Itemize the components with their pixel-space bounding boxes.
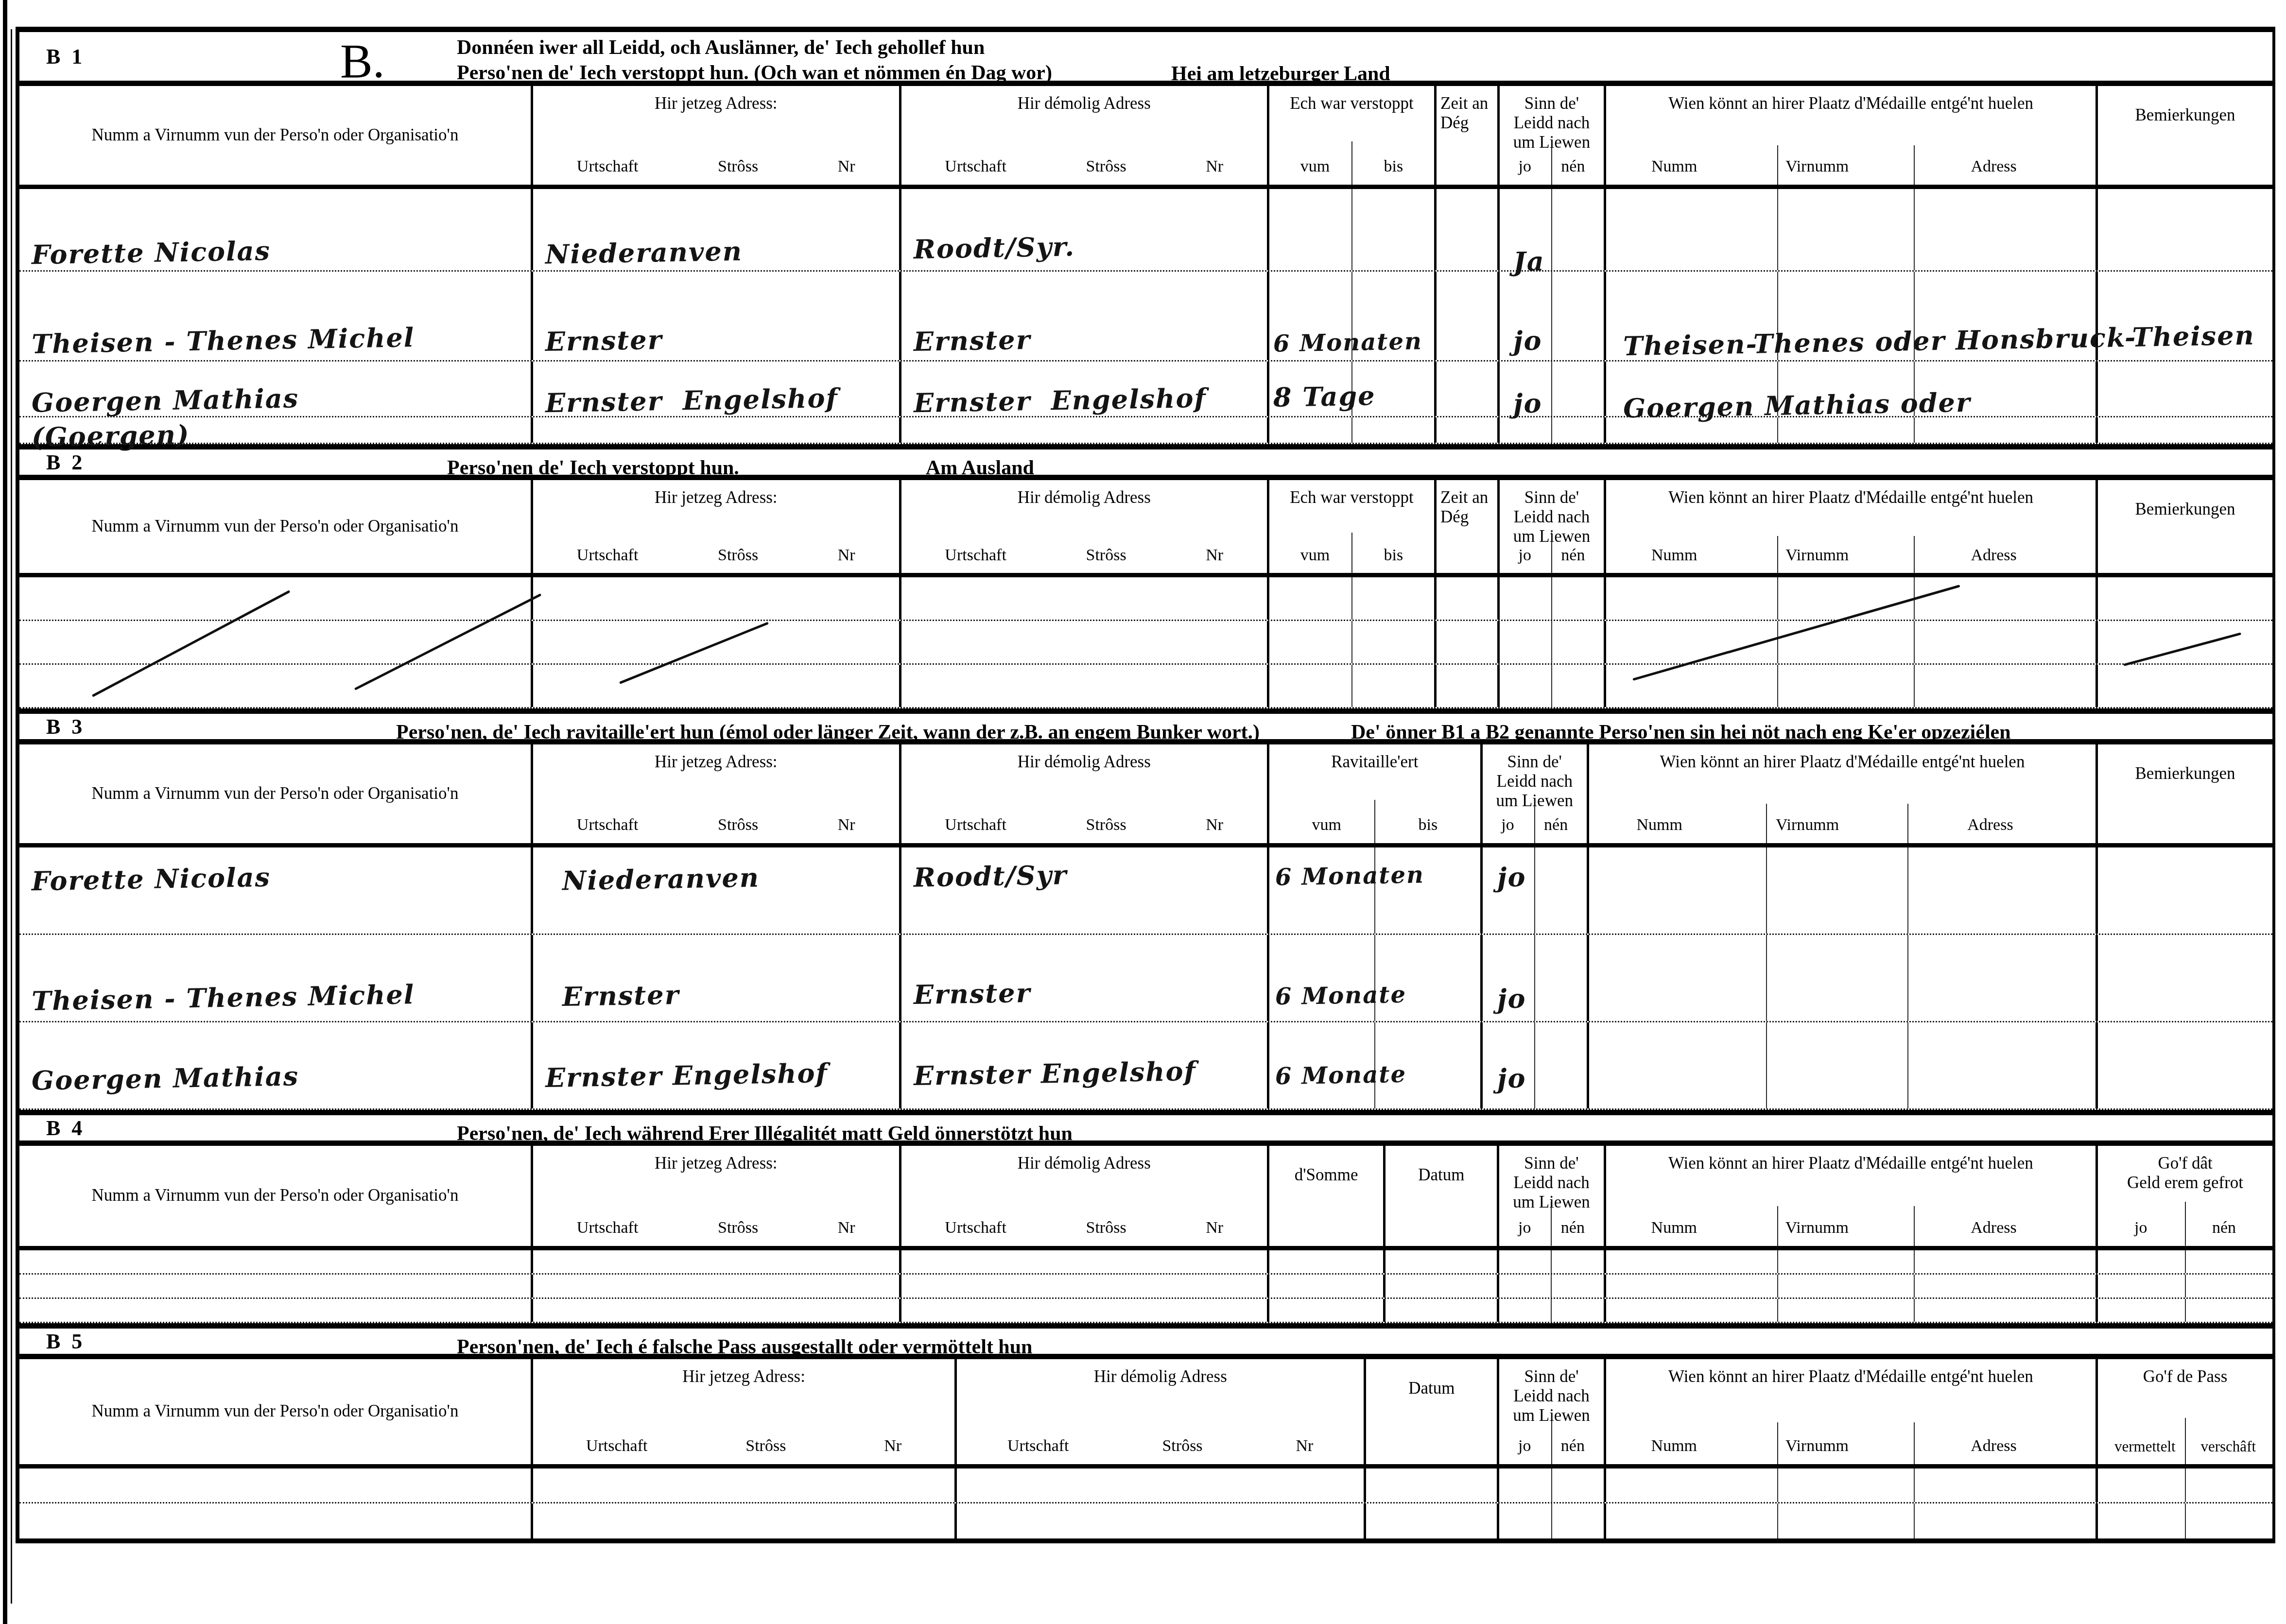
sub-nr: Nr [838, 816, 855, 834]
cell-bemierkungen [2098, 621, 2272, 663]
sub-stross: Strôss [1086, 157, 1126, 176]
sub-vum: vum [1300, 157, 1330, 176]
cell-numm [19, 1469, 533, 1502]
handwritten-entry: Forette Nicolas [31, 862, 271, 897]
cell-bemierkungen [2098, 847, 2272, 933]
header-cell-datum: Datum [1385, 1146, 1499, 1246]
binding-edge-line-thin [11, 29, 12, 1604]
handwritten-entry: Ernster Engelshof [545, 1057, 828, 1093]
sub-jo: jo [1501, 816, 1514, 834]
section-title-note: Am Ausland [926, 456, 1034, 480]
column-label: Go'f de Pass [2102, 1367, 2269, 1386]
cell-jetzeg: Ernster [533, 272, 901, 360]
header-cell-sinn: Sinn de' Leidd nach um Liewen jonén [1499, 1359, 1606, 1464]
cell-wien [1606, 1275, 2098, 1297]
column-label: Wien könnt an hirer Plaatz d'Médaille en… [1610, 94, 2092, 113]
cell-ravitailleert: 6 Monate [1269, 1022, 1483, 1108]
table-row: Forette Nicolas Niederanven Roodt/Syr 6 … [19, 847, 2272, 935]
sub-urtschaft: Urtschaft [945, 546, 1006, 565]
sub-jo: jo [2134, 1219, 2147, 1237]
section-b4-titlebar: B 4 Perso'nen, de' Iech während Erer Ill… [19, 1110, 2272, 1146]
cell-gof-geld [2098, 1250, 2272, 1273]
column-label: Datum [1389, 1165, 1493, 1185]
sub-nr: Nr [1206, 157, 1223, 176]
column-label: Hir jetzeg Adress: [537, 488, 895, 507]
cell-datum [1366, 1469, 1499, 1502]
column-label: Sinn de' Leidd nach um Liewen [1487, 752, 1583, 811]
sub-virnumm: Virnumm [1737, 816, 1877, 834]
cell-verstoppt: 8 Tage [1269, 362, 1437, 416]
cell-numm: Theisen - Thenes Michel [19, 935, 533, 1021]
cell-numm [19, 1503, 533, 1538]
section-title: Perso'nen, de' Iech während Erer Illégal… [457, 1122, 1073, 1145]
sub-nr: Nr [884, 1437, 901, 1455]
header-cell-bemierkungen: Bemierkungen [2098, 480, 2272, 573]
column-label: Numm a Virnumm vun der Perso'n oder Orga… [23, 1186, 527, 1205]
cell-sinn [1500, 417, 1606, 443]
section-title-line2: Perso'nen de' Iech verstoppt hun. (Och w… [457, 61, 1052, 85]
handwritten-entry: jo [1513, 325, 1542, 356]
handwritten-entry: Ernster Engelshof [913, 1055, 1196, 1091]
cell-jetzeg [533, 1275, 901, 1297]
sub-nen: nén [1544, 816, 1568, 834]
cell-demolig: Ernster Engelshof [901, 1022, 1270, 1108]
cell-demolig [957, 1469, 1366, 1502]
cell-datum [1385, 1250, 1499, 1273]
cell-ravitailleert: 6 Monaten [1269, 847, 1483, 933]
cell-numm: Forette Nicolas [19, 847, 533, 933]
sub-urtschaft: Urtschaft [1007, 1437, 1069, 1455]
handwritten-entry: jo [1497, 861, 1526, 893]
sub-stross: Strôss [1162, 1437, 1202, 1455]
header-cell-wien: Wien könnt an hirer Plaatz d'Médaille en… [1606, 480, 2098, 573]
sub-numm: Numm [1621, 1219, 1727, 1237]
sub-stross: Strôss [718, 816, 758, 834]
handwritten-entry: 6 Monaten [1273, 328, 1423, 357]
cell-wien [1606, 577, 2098, 620]
handwritten-entry: Ernster [913, 324, 1031, 357]
cell-somme [1269, 1275, 1385, 1297]
cell-jetzeg: Ernster Engelshof [533, 1022, 901, 1108]
header-cell-wien: Wien könnt an hirer Plaatz d'Médaille en… [1589, 744, 2098, 843]
column-label: Hir jetzeg Adress: [537, 752, 895, 772]
cell-jetzeg: Niederanven [533, 847, 901, 933]
sub-stross: Strôss [1086, 816, 1126, 834]
sub-numm: Numm [1621, 546, 1727, 565]
cell-gof-geld [2098, 1299, 2272, 1322]
column-label: Sinn de' Leidd nach um Liewen [1503, 1154, 1599, 1212]
handwritten-entry: Niederanven [562, 862, 760, 896]
sub-stross: Strôss [1086, 1219, 1126, 1237]
cell-numm [19, 621, 533, 663]
handwritten-entry: Forette Nicolas [31, 235, 271, 271]
cell-datum [1385, 1275, 1499, 1297]
cell-wien [1589, 935, 2098, 1021]
cell-demolig [901, 621, 1270, 663]
column-label-line2: Geld erem gefrot [2102, 1173, 2269, 1192]
header-cell-wien: Wien könnt an hirer Plaatz d'Médaille en… [1606, 86, 2098, 185]
cell-gof-pass [2098, 1503, 2272, 1538]
form-sheet: B 1 B. Donnéen iwer all Leidd, och Auslä… [16, 27, 2275, 1543]
sub-virnumm: Virnumm [1749, 546, 1884, 565]
section-b3-header: Numm a Virnumm vun der Perso'n oder Orga… [19, 744, 2272, 847]
cell-demolig [901, 665, 1270, 707]
section-title: Person'nen, de' Iech é falsche Pass ausg… [457, 1335, 1032, 1359]
sub-virnumm: Virnumm [1749, 1219, 1885, 1237]
table-row [19, 1469, 2272, 1503]
header-cell-numm: Numm a Virnumm vun der Perso'n oder Orga… [19, 480, 533, 573]
sub-nr: Nr [1296, 1437, 1314, 1455]
cell-demolig: Roodt/Syr. [901, 189, 1270, 270]
cell-bemierkungen [2098, 189, 2272, 270]
handwritten-entry: 8 Tage [1273, 380, 1376, 413]
column-label-line1: Go'f dât [2102, 1154, 2269, 1173]
section-b2-header: Numm a Virnumm vun der Perso'n oder Orga… [19, 480, 2272, 577]
sub-nr: Nr [838, 157, 855, 176]
cell-sinn: jo [1500, 362, 1606, 416]
cell-sinn: Ja [1500, 189, 1606, 270]
cell-jetzeg [533, 665, 901, 707]
sub-urtschaft: Urtschaft [945, 816, 1006, 834]
sub-nen: nén [1561, 546, 1585, 565]
column-label: Zeit an Dég [1440, 94, 1493, 133]
section-b1: B 1 B. Donnéen iwer all Leidd, och Auslä… [16, 27, 2275, 444]
header-cell-zeit: Zeit an Dég [1437, 86, 1500, 185]
table-row [19, 1503, 2272, 1538]
table-row: Goergen Mathias Ernster Engelshof Ernste… [19, 1022, 2272, 1110]
section-b2-titlebar: B 2 Perso'nen de' Iech verstoppt hun. Am… [19, 444, 2272, 480]
cell-numm [19, 1299, 533, 1322]
sub-nr: Nr [1206, 546, 1223, 565]
handwritten-entry: Theisen - Thenes Michel [32, 322, 415, 360]
handwritten-entry: 6 Monate [1275, 1061, 1407, 1090]
cell-jetzeg: Ernster [533, 935, 901, 1021]
cell-numm [19, 1250, 533, 1273]
column-label: Sinn de' Leidd nach um Liewen [1504, 488, 1600, 546]
handwritten-entry: Goergen Mathias [31, 1060, 299, 1096]
sub-stross: Strôss [745, 1437, 786, 1455]
table-row [19, 1275, 2272, 1299]
handwritten-entry: 6 Monaten [1275, 861, 1425, 891]
column-label: Hir démolig Adress [905, 488, 1264, 507]
header-cell-verstoppt: Ech war verstoppt vumbis [1269, 86, 1437, 185]
column-label: Hir jetzeg Adress: [537, 1367, 951, 1386]
header-cell-jetzeg-adress: Hir jetzeg Adress: UrtschaftStrôssNr [533, 1359, 957, 1464]
cell-zeit [1437, 621, 1500, 663]
cell-wien [1606, 1299, 2098, 1322]
handwritten-entry: Ernster [562, 979, 679, 1012]
column-label: Ech war verstoppt [1273, 488, 1430, 507]
sub-urtschaft: Urtschaft [945, 157, 1006, 176]
header-cell-jetzeg-adress: Hir jetzeg Adress: UrtschaftStrôssNr [533, 1146, 901, 1246]
column-label: Numm a Virnumm vun der Perso'n oder Orga… [23, 1401, 527, 1421]
sub-urtschaft: Urtschaft [577, 546, 639, 565]
section-title-line1: Donnéen iwer all Leidd, och Auslänner, d… [457, 36, 985, 59]
header-cell-bemierkungen: Bemierkungen [2098, 744, 2272, 843]
column-label: Bemierkungen [2102, 105, 2269, 125]
cell-datum [1366, 1503, 1499, 1538]
handwritten-entry: Goergen Mathias [31, 382, 299, 418]
cell-demolig: Ernster Engelshof [901, 362, 1270, 416]
section-label: B 2 [46, 450, 85, 475]
sub-numm: Numm [1605, 816, 1714, 834]
header-cell-wien: Wien könnt an hirer Plaatz d'Médaille en… [1606, 1146, 2098, 1246]
section-title: Perso'nen, de' Iech ravitaille'ert hun (… [396, 721, 1260, 744]
cell-sinn [1499, 1503, 1606, 1538]
sub-nr: Nr [838, 1219, 855, 1237]
section-b3: B 3 Perso'nen, de' Iech ravitaille'ert h… [16, 708, 2275, 1110]
header-cell-demolig-adress: Hir démolig Adress UrtschaftStrôssNr [901, 480, 1270, 573]
cell-bemierkungen [2098, 935, 2272, 1021]
header-cell-ravitailleert: Ravitaille'ert vumbis [1269, 744, 1483, 843]
section-b2: B 2 Perso'nen de' Iech verstoppt hun. Am… [16, 444, 2275, 708]
header-cell-demolig-adress: Hir démolig Adress UrtschaftStrôssNr [901, 744, 1270, 843]
sub-stross: Strôss [718, 1219, 758, 1237]
cell-gof-geld [2098, 1275, 2272, 1297]
header-cell-verstoppt: Ech war verstoppt vumbis [1269, 480, 1437, 573]
sub-adress: Adress [1907, 157, 2080, 176]
cell-sinn: jo [1483, 847, 1589, 933]
sub-stross: Strôss [718, 157, 758, 176]
header-cell-jetzeg-adress: Hir jetzeg Adress: UrtschaftStrôssNr [533, 480, 901, 573]
cell-numm: Forette Nicolas [19, 189, 533, 270]
cell-wien [1606, 621, 2098, 663]
table-row [19, 1250, 2272, 1275]
cell-zeit [1437, 417, 1500, 443]
sub-urtschaft: Urtschaft [945, 1219, 1006, 1237]
column-label: Hir démolig Adress [961, 1367, 1360, 1386]
section-b5-titlebar: B 5 Person'nen, de' Iech é falsche Pass … [19, 1323, 2272, 1359]
cell-sinn: jo [1483, 935, 1589, 1021]
sub-adress: Adress [1907, 546, 2080, 565]
sub-adress: Adress [1901, 816, 2080, 834]
column-label: Ravitaille'ert [1273, 752, 1476, 772]
section-title: Perso'nen de' Iech verstoppt hun. [447, 456, 739, 480]
cell-wien [1606, 189, 2098, 270]
cell-demolig: Ernster [901, 272, 1270, 360]
sub-nr: Nr [1206, 1219, 1223, 1237]
handwritten-entry: Ernster Engelshof [545, 382, 838, 419]
sub-verschaft: verschâft [2200, 1438, 2256, 1455]
cell-sinn [1499, 1469, 1606, 1502]
cell-zeit [1437, 362, 1500, 416]
section-title-note: Hei am letzeburger Land [1171, 62, 1390, 86]
sub-nen: nén [1561, 1437, 1585, 1455]
section-label: B 4 [46, 1116, 85, 1140]
column-label: Wien könnt an hirer Plaatz d'Médaille en… [1610, 1154, 2092, 1173]
header-cell-sinn: Sinn de' Leidd nach um Liewen jonén [1500, 86, 1606, 185]
header-cell-demolig-adress: Hir démolig Adress UrtschaftStrôssNr [901, 86, 1270, 185]
cell-sinn [1499, 1299, 1606, 1322]
cell-verstoppt [1269, 577, 1437, 620]
sub-adress: Adress [1907, 1437, 2080, 1455]
header-cell-wien: Wien könnt an hirer Plaatz d'Médaille en… [1606, 1359, 2098, 1464]
section-b5-header: Numm a Virnumm vun der Perso'n oder Orga… [19, 1359, 2272, 1469]
cell-numm [19, 1275, 533, 1297]
cell-wien [1606, 1250, 2098, 1273]
cell-sinn [1500, 665, 1606, 707]
handwritten-entry: jo [1497, 983, 1526, 1014]
section-b1-titlebar: B 1 B. Donnéen iwer all Leidd, och Auslä… [19, 27, 2272, 86]
section-b3-titlebar: B 3 Perso'nen, de' Iech ravitaille'ert h… [19, 708, 2272, 744]
header-cell-demolig-adress: Hir démolig Adress UrtschaftStrôssNr [957, 1359, 1366, 1464]
header-cell-jetzeg-adress: Hir jetzeg Adress: UrtschaftStrôssNr [533, 86, 901, 185]
cell-jetzeg: Ernster Engelshof [533, 362, 901, 416]
cell-demolig [901, 577, 1270, 620]
cell-wien [1606, 1503, 2098, 1538]
sub-jo: jo [1518, 546, 1531, 565]
cell-zeit [1437, 665, 1500, 707]
cell-zeit [1437, 577, 1500, 620]
sub-urtschaft: Urtschaft [577, 816, 639, 834]
cell-verstoppt: 6 Monaten [1269, 272, 1437, 360]
column-label: Hir démolig Adress [905, 752, 1264, 772]
column-label: Hir démolig Adress [905, 94, 1264, 113]
cell-jetzeg [533, 1250, 901, 1273]
cell-sinn: jo [1500, 272, 1606, 360]
cell-somme [1269, 1250, 1385, 1273]
handwritten-entry: Roodt/Syr. [913, 231, 1075, 265]
sub-urtschaft: Urtschaft [577, 1219, 639, 1237]
header-cell-demolig-adress: Hir démolig Adress UrtschaftStrôssNr [901, 1146, 1270, 1246]
header-cell-somme: d'Somme [1269, 1146, 1385, 1246]
sub-bis: bis [1419, 816, 1438, 834]
column-label: Wien könnt an hirer Plaatz d'Médaille en… [1593, 752, 2092, 772]
sub-nr: Nr [1206, 816, 1223, 834]
cell-jetzeg [533, 417, 901, 443]
header-cell-numm: Numm a Virnumm vun der Perso'n oder Orga… [19, 86, 533, 185]
table-row: Theisen - Thenes Michel Ernster Ernster … [19, 272, 2272, 362]
handwritten-entry: Goergen Mathias oder [1623, 387, 1971, 424]
sub-nen: nén [1561, 1219, 1585, 1237]
table-row: (Goergen) [19, 417, 2272, 444]
column-label: Bemierkungen [2102, 500, 2269, 519]
sub-jo: jo [1518, 1219, 1531, 1237]
sub-bis: bis [1384, 546, 1403, 565]
sub-jo: jo [1518, 1437, 1531, 1455]
header-cell-sinn: Sinn de' Leidd nach um Liewen jonén [1500, 480, 1606, 573]
cell-zeit [1437, 189, 1500, 270]
cell-numm [19, 665, 533, 707]
cell-numm: (Goergen) [19, 417, 533, 443]
header-cell-numm: Numm a Virnumm vun der Perso'n oder Orga… [19, 1359, 533, 1464]
cell-jetzeg [533, 1469, 957, 1502]
section-title-note: De' önner B1 a B2 genannte Perso'nen sin… [1351, 721, 2011, 744]
sub-nen: nén [1561, 157, 1585, 176]
handwritten-entry: Ernster [545, 324, 662, 357]
column-label: Sinn de' Leidd nach um Liewen [1503, 1367, 1599, 1425]
table-row [19, 1299, 2272, 1323]
cell-verstoppt [1269, 665, 1437, 707]
cell-demolig [901, 1250, 1270, 1273]
cell-ravitailleert: 6 Monate [1269, 935, 1483, 1021]
scanned-form-page: B 1 B. Donnéen iwer all Leidd, och Auslä… [0, 0, 2286, 1624]
handwritten-entry: Roodt/Syr [913, 859, 1067, 893]
sub-urtschaft: Urtschaft [577, 157, 639, 176]
section-b4-header: Numm a Virnumm vun der Perso'n oder Orga… [19, 1146, 2272, 1250]
header-cell-numm: Numm a Virnumm vun der Perso'n oder Orga… [19, 744, 533, 843]
header-cell-bemierkungen: Bemierkungen [2098, 86, 2272, 185]
column-label: Hir jetzeg Adress: [537, 94, 895, 113]
handwritten-entry: jo [1497, 1062, 1526, 1094]
cell-verstoppt [1269, 621, 1437, 663]
section-b5: B 5 Person'nen, de' Iech é falsche Pass … [16, 1323, 2275, 1543]
cell-verstoppt [1269, 417, 1437, 443]
cell-wien [1589, 847, 2098, 933]
handwritten-entry: Niederanven [545, 235, 743, 270]
column-label: Datum [1370, 1379, 1493, 1398]
section-big-letter: B. [340, 33, 385, 89]
sub-urtschaft: Urtschaft [586, 1437, 648, 1455]
cell-demolig [901, 1275, 1270, 1297]
sub-numm: Numm [1621, 1437, 1727, 1455]
cell-wien [1606, 665, 2098, 707]
sub-jo: jo [1518, 157, 1531, 176]
handwritten-entry: 6 Monate [1275, 981, 1407, 1011]
sub-bis: bis [1384, 157, 1403, 176]
cell-sinn [1499, 1275, 1606, 1297]
handwritten-entry: Ernster Engelshof [913, 382, 1207, 419]
cell-jetzeg [533, 1299, 901, 1322]
cell-wien: Theisen-Thenes oder Honsbruck-Theisen [1606, 272, 2098, 360]
section-b4: B 4 Perso'nen, de' Iech während Erer Ill… [16, 1110, 2275, 1323]
cell-zeit [1437, 272, 1500, 360]
handwritten-entry: (Goergen) [31, 419, 190, 453]
cell-demolig [901, 417, 1270, 443]
sub-virnumm: Virnumm [1749, 1437, 1885, 1455]
handwritten-entry: Theisen - Thenes Michel [32, 979, 415, 1017]
sub-vum: vum [1312, 816, 1341, 834]
cell-verstoppt [1269, 189, 1437, 270]
sub-stross: Strôss [1086, 546, 1126, 565]
column-label: Wien könnt an hirer Plaatz d'Médaille en… [1610, 488, 2092, 507]
cell-bemierkungen [2098, 665, 2272, 707]
cell-numm: Theisen - Thenes Michel [19, 272, 533, 360]
header-cell-numm: Numm a Virnumm vun der Perso'n oder Orga… [19, 1146, 533, 1246]
table-row: Forette Nicolas Niederanven Roodt/Syr. J… [19, 189, 2272, 272]
sub-stross: Strôss [718, 546, 758, 565]
section-label: B 3 [46, 714, 85, 739]
sub-numm: Numm [1621, 157, 1727, 176]
column-label: Wien könnt an hirer Plaatz d'Médaille en… [1610, 1367, 2092, 1386]
column-label: Zeit an Dég [1440, 488, 1493, 527]
sub-virnumm: Virnumm [1749, 157, 1884, 176]
cell-datum [1385, 1299, 1499, 1322]
sub-nen: nén [2212, 1219, 2236, 1237]
section-label: B 5 [46, 1329, 85, 1354]
header-cell-datum: Datum [1366, 1359, 1499, 1464]
column-label: Numm a Virnumm vun der Perso'n oder Orga… [23, 125, 527, 145]
cell-numm: Goergen Mathias [19, 362, 533, 416]
table-row [19, 577, 2272, 621]
header-cell-gof-pass: Go'f de Pass vermetteltverschâft [2098, 1359, 2272, 1464]
cell-numm: Goergen Mathias [19, 1022, 533, 1108]
cell-bemierkungen [2098, 417, 2272, 443]
header-cell-gof-geld: Go'f dâtGeld erem gefrot jonén [2098, 1146, 2272, 1246]
section-b2-body [19, 577, 2272, 708]
column-label: Bemierkungen [2102, 764, 2269, 783]
header-cell-sinn: Sinn de' Leidd nach um Liewen jonén [1483, 744, 1589, 843]
cell-wien [1606, 1469, 2098, 1502]
cell-bemierkungen [2098, 1022, 2272, 1108]
cell-demolig: Roodt/Syr [901, 847, 1270, 933]
cell-jetzeg: Niederanven [533, 189, 901, 270]
header-cell-sinn: Sinn de' Leidd nach um Liewen jonén [1499, 1146, 1606, 1246]
sub-nr: Nr [838, 546, 855, 565]
cell-jetzeg [533, 1503, 957, 1538]
cell-sinn [1500, 577, 1606, 620]
cell-demolig: Ernster [901, 935, 1270, 1021]
